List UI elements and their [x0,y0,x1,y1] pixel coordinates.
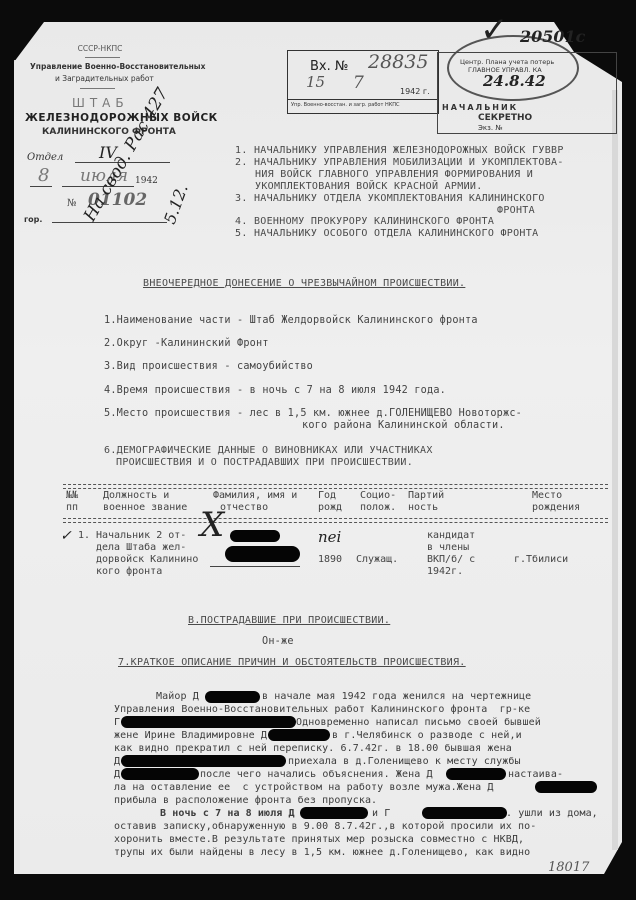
city-label: гор. [24,215,42,224]
redaction [230,530,280,542]
table-top-border [63,484,608,489]
date-underline [30,186,52,187]
checkmark-icon: ✓ [480,10,509,50]
secret-stamp-ex: Экз. № [478,124,503,132]
addressee-2-cont: УКОМПЛЕКТОВАНИЯ ВОЙСК КРАСНОЙ АРМИИ. [255,181,483,192]
incoming-month: 7 [353,73,364,93]
redaction [535,781,597,793]
addressee-5: 5. НАЧАЛЬНИКУ ОСОБОГО ОТДЕЛА КАЛИНИНСКОГ… [235,228,538,239]
section-victims-heading: В.ПОСТРАДАВШИЕ ПРИ ПРОИСШЕСТВИИ. [188,615,390,626]
narrative-line: оставив записку,обнаруженную в 9.00 8.7.… [114,820,536,833]
header-social: Социо- [360,490,396,503]
item-demographics-cont: ПРОИСШЕСТВИЯ И О ПОСТРАДАВШИХ ПРИ ПРОИСШ… [116,457,413,468]
header-birthplace: Место [532,490,562,503]
oval-stamp-number: 20501с [520,27,585,46]
stamp-line-nkps: СССР-НКПС [40,44,160,53]
item-place-cont: кого района Калининской области. [302,420,505,431]
handwritten-table-mark: nei [318,528,341,546]
divider [288,99,438,100]
item-demographics: 6.ДЕМОГРАФИЧЕСКИЕ ДАННЫЕ О ВИНОВНИКАХ ИЛ… [104,445,433,456]
row-year: 1890 [318,554,342,567]
redaction [205,691,260,703]
narrative-line: Г [114,716,120,729]
header-name: Фамилия, имя и [213,490,297,503]
narrative-line: Управления Военно-Восстановительных рабо… [114,703,530,716]
narrative-line: жене Ирине Владимировне Д [114,729,267,742]
incoming-year: 1942 г. [400,87,430,96]
header-position: Должность и [103,490,169,503]
row-party: в члены [427,542,469,555]
name-underline [210,566,300,567]
narrative-line: трупы их были найдены в лесу в 1,5 км. ю… [114,846,530,859]
row-position: Начальник 2 от- [96,530,186,543]
row-position: кого фронта [96,566,162,579]
item-district: 2.Округ -Калининский Фронт [104,338,269,349]
redaction [422,807,507,819]
header-year: Год [318,490,336,503]
stamp-line-front: КАЛИНИНСКОГО ФРОНТА [42,127,176,137]
document-title: ВНЕОЧЕРЕДНОЕ ДОНЕСЕНИЕ О ЧРЕЗВЫЧАЙНОМ ПР… [143,278,465,289]
incoming-number: 28835 [368,51,428,73]
secret-stamp-section: НАЧАЛЬНИК [442,103,518,112]
addressee-2: 2. НАЧАЛЬНИКУ УПРАВЛЕНИЯ МОБИЛИЗАЦИИ И У… [235,157,564,168]
section-description-heading: 7.КРАТКОЕ ОПИСАНИЕ ПРИЧИН И ОБСТОЯТЕЛЬСТ… [118,657,466,668]
redaction [121,716,296,728]
narrative-line: . ушли из дома, [506,807,598,820]
incoming-stamp: Вх. № 28835 15 7 1942 г. Упр. Военно-вос… [287,50,439,114]
header-num: пп [66,502,78,515]
narrative-line: как видно прекратил с ней переписку. 6.7… [114,742,512,755]
narrative-line: в начале мая 1942 года женился на чертеж… [262,690,531,703]
header-name: отчество [220,502,268,515]
number-label: № [67,198,76,209]
row-num: 1. [78,530,90,543]
row-birthplace: г.Тбилиси [514,554,568,567]
archive-number: 18017 [548,860,589,875]
stamp-line-railway-troops: ЖЕЛЕЗНОДОРОЖНЫХ ВОЙСК [25,112,218,124]
stamp-line-directorate: Управление Военно-Восстановительных [30,62,205,71]
header-party: ность [408,502,438,515]
row-social: Служащ. [356,554,398,567]
addressee-4: 4. ВОЕННОМУ ПРОКУРОРУ КАЛИНИНСКОГО ФРОНТ… [235,216,494,227]
narrative-line: и Г [372,807,390,820]
redaction [121,768,199,780]
redaction [225,546,300,562]
header-social: полож. [360,502,396,515]
addressee-3-cont: ФРОНТА [497,205,535,216]
redaction [300,807,368,819]
item-place: 5.Место происшествия - лес в 1,5 км. южн… [104,408,522,419]
date-day: 8 [38,165,49,186]
incoming-footer: Упр. Военно-восстан. и загр. работ НКПС [291,102,400,108]
row-party: ВКП/б/ с [427,554,475,567]
narrative-line: после чего начались объяснения. Жена Д [200,768,433,781]
narrative-line: Д [114,755,120,768]
row-position: дела Штаба жел- [96,542,186,555]
addressee-2-cont: НИЯ ВОЙСК ГЛАВНОГО УПРАВЛЕНИЯ ФОРМИРОВАН… [255,169,533,180]
narrative-line: Одновременно написал письмо своей бывшей [296,716,541,729]
cross-mark-icon: X [200,505,224,545]
section-victims-value: Он-же [262,636,294,647]
stamp-line-works: и Заградительных работ [55,74,154,83]
divider [85,57,120,58]
table-header-border [63,518,608,523]
redaction [268,729,330,741]
narrative-line: хоронить вместе.В результате принятых ме… [114,833,524,846]
item-unit: 1.Наименование части - Штаб Желдорвойск … [104,315,478,326]
narrative-line: приехала в д.Голенищево к месту службы [288,755,521,768]
secret-stamp-secret: СЕКРЕТНО [478,113,532,123]
row-party: 1942г. [427,566,463,579]
header-num: №№ [66,490,78,503]
header-position: военное звание [103,502,187,515]
city-underline [52,222,167,223]
redaction [121,755,286,767]
row-party: кандидат [427,530,475,543]
row-check-icon: ✓ [60,528,72,544]
item-time: 4.Время происшествия - в ночь с 7 на 8 и… [104,385,446,396]
stamp-line-shtab: ШТАБ [72,96,129,110]
header-party: Партий [408,490,444,503]
narrative-line: прибыла в расположение фронта без пропус… [114,794,377,807]
addressee-1: 1. НАЧАЛЬНИКУ УПРАВЛЕНИЯ ЖЕЛЕЗНОДОРОЖНЫХ… [235,145,564,156]
header-year: рожд [318,502,342,515]
redaction [446,768,506,780]
narrative-line: Д [114,768,120,781]
date-year: 1942 [135,176,158,186]
addressee-3: 3. НАЧАЛЬНИКУ ОТДЕЛА УКОМПЛЕКТОВАНИЯ КАЛ… [235,193,545,204]
divider [80,88,115,89]
header-birthplace: рождения [532,502,580,515]
narrative-line: в г.Челябинск о разводе с ней,и [332,729,522,742]
narrative-line: Майор Д [156,690,199,703]
narrative-line: настаива- [508,768,563,781]
item-type: 3.Вид происшествия - самоубийство [104,361,313,372]
row-position: дорвойск Калинино [96,554,198,567]
narrative-line: В ночь с 7 на 8 июля Д [160,807,295,820]
narrative-line: ла на оставление ее с устройством на раб… [114,781,493,794]
paper-edge [612,90,618,850]
incoming-day: 15 [306,73,325,91]
incoming-label: Вх. № [310,59,348,74]
dept-label: Отдел [27,152,63,163]
